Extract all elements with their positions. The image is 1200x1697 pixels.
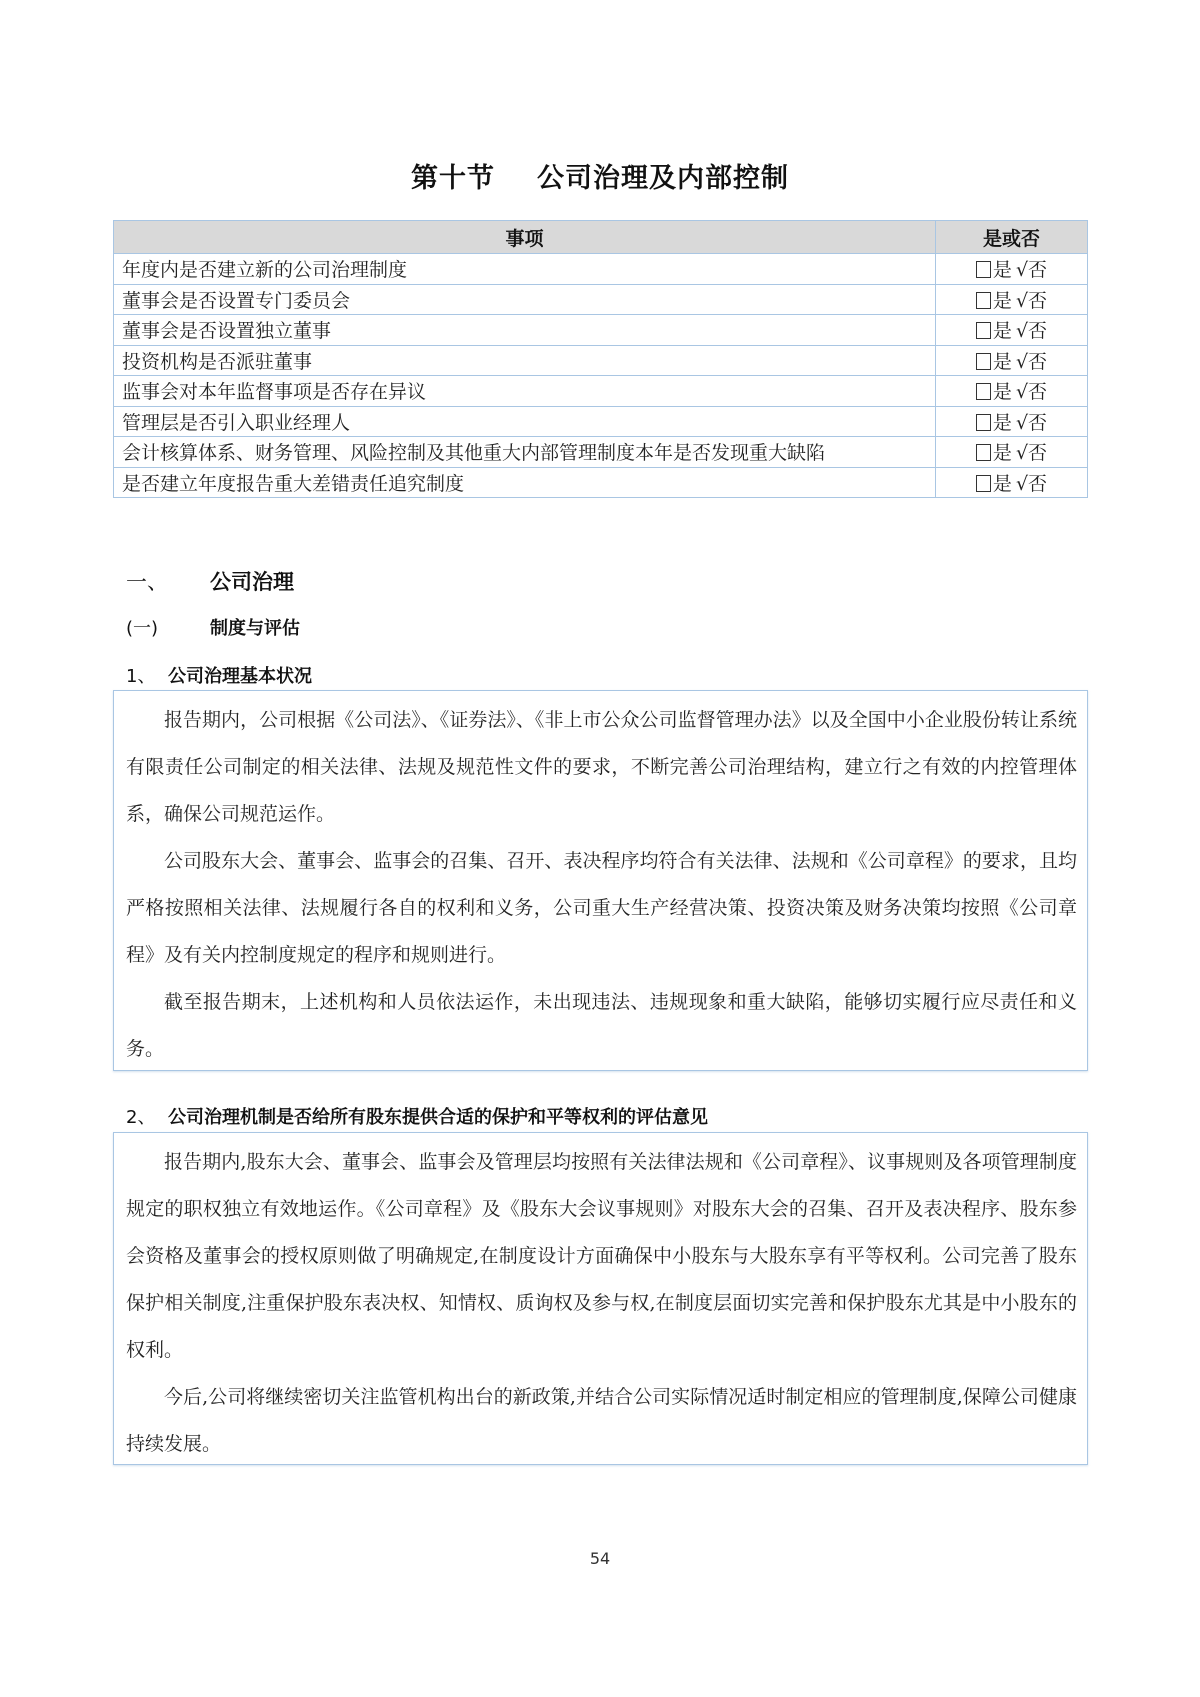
check-mark-icon: √	[1016, 259, 1028, 281]
heading-corporate-governance: 一、公司治理	[126, 566, 294, 596]
basic-status-textbox: 报告期内，公司根据《公司法》、《证券法》、《非上市公众公司监督管理办法》以及全国…	[113, 690, 1088, 1071]
header-item: 事项	[114, 221, 936, 254]
no-label: 否	[1028, 412, 1047, 434]
heading-basic-status: 1、公司治理基本状况	[126, 662, 312, 688]
item-cell: 董事会是否设置独立董事	[114, 315, 936, 346]
shareholder-protection-textbox: 报告期内,股东大会、董事会、监事会及管理层均按照有关法律法规和《公司章程》、议事…	[113, 1132, 1088, 1465]
governance-summary-table: 事项 是或否 年度内是否建立新的公司治理制度是√否董事会是否设置专门委员会是√否…	[113, 220, 1088, 498]
item-cell: 是否建立年度报告重大差错责任追究制度	[114, 467, 936, 498]
yes-no-cell: 是√否	[936, 467, 1088, 498]
heading-title: 公司治理	[210, 570, 294, 594]
section-title: 公司治理及内部控制	[537, 163, 789, 194]
yes-no-cell: 是√否	[936, 437, 1088, 468]
section-number: 第十节	[411, 163, 495, 194]
page-title: 第十节公司治理及内部控制	[0, 156, 1200, 195]
heading-index: (一)	[126, 614, 210, 640]
yes-label: 是	[993, 259, 1012, 281]
yes-label: 是	[993, 320, 1012, 342]
check-mark-icon: √	[1016, 473, 1028, 495]
no-label: 否	[1028, 473, 1047, 495]
item-cell: 投资机构是否派驻董事	[114, 345, 936, 376]
item-cell: 监事会对本年监督事项是否存在异议	[114, 376, 936, 407]
item-cell: 会计核算体系、财务管理、风险控制及其他重大内部管理制度本年是否发现重大缺陷	[114, 437, 936, 468]
paragraph: 公司股东大会、董事会、监事会的召集、召开、表决程序均符合有关法律、法规和《公司章…	[126, 838, 1077, 979]
item-cell: 管理层是否引入职业经理人	[114, 406, 936, 437]
no-label: 否	[1028, 351, 1047, 373]
heading-title: 公司治理基本状况	[168, 666, 312, 687]
no-label: 否	[1028, 381, 1047, 403]
heading-index: 一、	[126, 566, 210, 596]
heading-title: 制度与评估	[210, 618, 300, 639]
paragraph: 报告期内,股东大会、董事会、监事会及管理层均按照有关法律法规和《公司章程》、议事…	[126, 1139, 1077, 1374]
yes-label: 是	[993, 473, 1012, 495]
yes-checkbox-icon	[976, 353, 991, 370]
check-mark-icon: √	[1016, 320, 1028, 342]
yes-checkbox-icon	[976, 261, 991, 278]
no-label: 否	[1028, 259, 1047, 281]
check-mark-icon: √	[1016, 351, 1028, 373]
page-number: 54	[0, 1549, 1200, 1568]
table-row: 董事会是否设置独立董事是√否	[114, 315, 1088, 346]
no-label: 否	[1028, 290, 1047, 312]
header-yes-no: 是或否	[936, 221, 1088, 254]
heading-index: 2、	[126, 1103, 168, 1129]
yes-no-cell: 是√否	[936, 315, 1088, 346]
table-row: 会计核算体系、财务管理、风险控制及其他重大内部管理制度本年是否发现重大缺陷是√否	[114, 437, 1088, 468]
yes-no-cell: 是√否	[936, 406, 1088, 437]
no-label: 否	[1028, 320, 1047, 342]
yes-label: 是	[993, 290, 1012, 312]
yes-no-cell: 是√否	[936, 345, 1088, 376]
heading-index: 1、	[126, 662, 168, 688]
item-cell: 年度内是否建立新的公司治理制度	[114, 254, 936, 285]
table-row: 监事会对本年监督事项是否存在异议是√否	[114, 376, 1088, 407]
check-mark-icon: √	[1016, 381, 1028, 403]
item-cell: 董事会是否设置专门委员会	[114, 284, 936, 315]
yes-no-cell: 是√否	[936, 254, 1088, 285]
yes-checkbox-icon	[976, 475, 991, 492]
heading-title: 公司治理机制是否给所有股东提供合适的保护和平等权利的评估意见	[168, 1107, 708, 1128]
no-label: 否	[1028, 442, 1047, 464]
check-mark-icon: √	[1016, 442, 1028, 464]
yes-checkbox-icon	[976, 444, 991, 461]
table-row: 是否建立年度报告重大差错责任追究制度是√否	[114, 467, 1088, 498]
yes-checkbox-icon	[976, 414, 991, 431]
yes-checkbox-icon	[976, 322, 991, 339]
table-row: 管理层是否引入职业经理人是√否	[114, 406, 1088, 437]
yes-checkbox-icon	[976, 383, 991, 400]
table-row: 年度内是否建立新的公司治理制度是√否	[114, 254, 1088, 285]
yes-no-cell: 是√否	[936, 376, 1088, 407]
heading-system-evaluation: (一)制度与评估	[126, 614, 300, 640]
table-row: 投资机构是否派驻董事是√否	[114, 345, 1088, 376]
yes-label: 是	[993, 351, 1012, 373]
check-mark-icon: √	[1016, 290, 1028, 312]
table-header-row: 事项 是或否	[114, 221, 1088, 254]
yes-label: 是	[993, 412, 1012, 434]
heading-shareholder-protection: 2、公司治理机制是否给所有股东提供合适的保护和平等权利的评估意见	[126, 1103, 708, 1129]
table-row: 董事会是否设置专门委员会是√否	[114, 284, 1088, 315]
paragraph: 报告期内，公司根据《公司法》、《证券法》、《非上市公众公司监督管理办法》以及全国…	[126, 697, 1077, 838]
yes-checkbox-icon	[976, 292, 991, 309]
paragraph: 截至报告期末，上述机构和人员依法运作，未出现违法、违规现象和重大缺陷，能够切实履…	[126, 979, 1077, 1073]
check-mark-icon: √	[1016, 412, 1028, 434]
yes-label: 是	[993, 442, 1012, 464]
paragraph: 今后,公司将继续密切关注监管机构出台的新政策,并结合公司实际情况适时制定相应的管…	[126, 1374, 1077, 1468]
yes-no-cell: 是√否	[936, 284, 1088, 315]
yes-label: 是	[993, 381, 1012, 403]
